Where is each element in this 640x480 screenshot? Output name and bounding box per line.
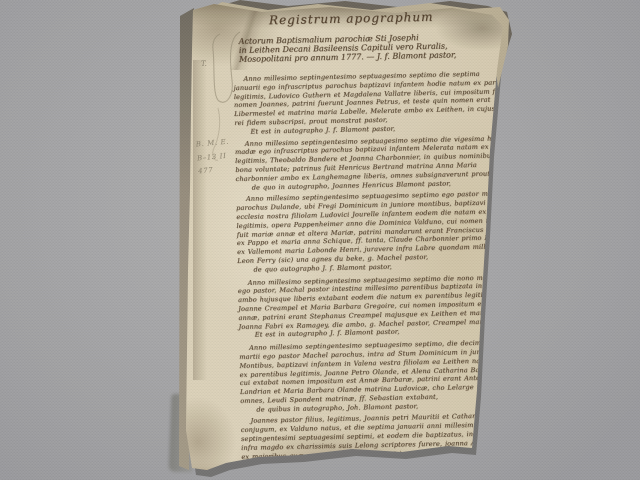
pencil-margin-notes: B. M. E.B–13 II477 [195, 136, 232, 179]
entries: Anno millesimo septingentesimo septuages… [233, 70, 479, 461]
pencil-corner-mark: T. [201, 60, 207, 68]
manuscript-paragraph: Anno millesimo septingentesimo septuages… [239, 339, 478, 414]
manuscript-paragraph: Anno millesimo septingentesimo septuages… [235, 135, 474, 193]
document-title: Registrum apographum [232, 9, 470, 28]
manuscript-scan: T. B. M. E.B–13 II477 Registrum apograph… [0, 0, 640, 480]
handwritten-text: Registrum apographum Actorum Baptismaliu… [232, 7, 479, 461]
manuscript-paragraph: Anno millesimo septingentesimo septuages… [238, 273, 477, 340]
heading-block: Actorum Baptismalium parochiæ Sti Joseph… [239, 32, 472, 64]
manuscript-paragraph: Anno millesimo septingentesimo septuages… [236, 190, 476, 274]
pencil-note-line: B–13 II [196, 149, 230, 165]
manuscript-paragraph: Anno millesimo septingentesimo septuages… [233, 70, 472, 137]
